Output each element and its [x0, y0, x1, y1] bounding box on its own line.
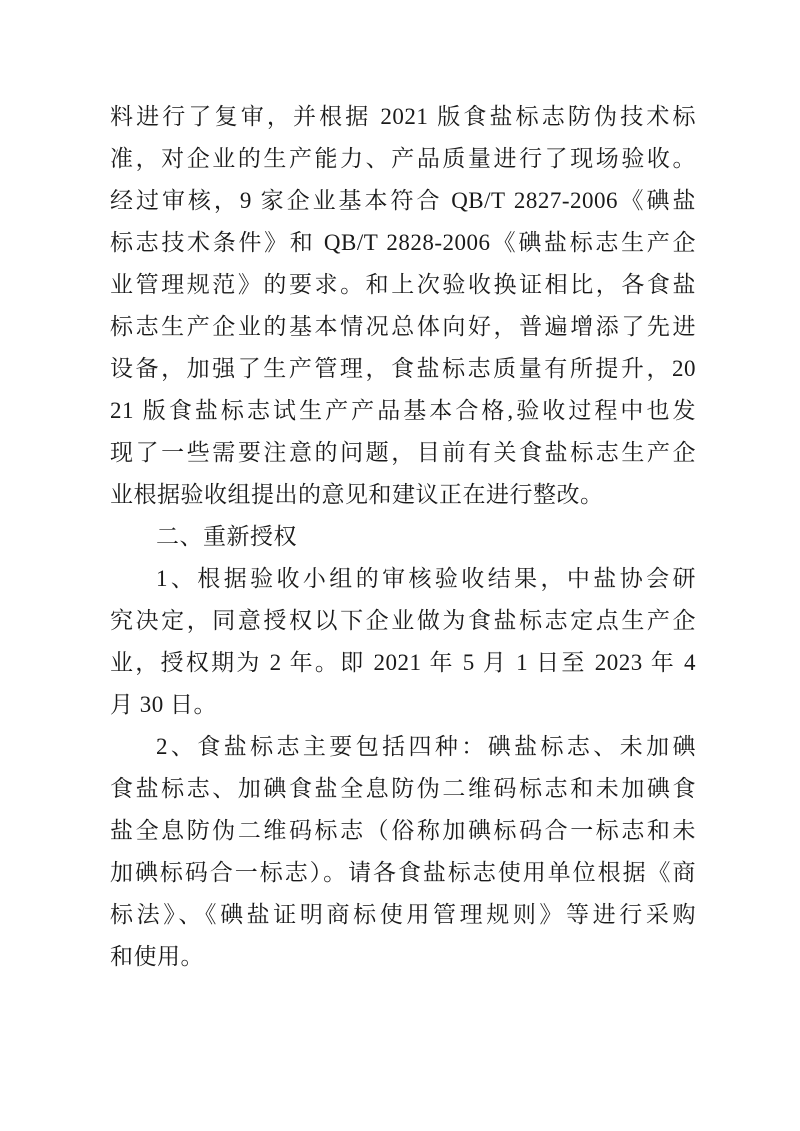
- text-line: 究决定，同意授权以下企业做为食盐标志定点生产企: [110, 600, 696, 642]
- section-heading: 二、重新授权: [110, 516, 696, 558]
- text-line: 经过审核，9 家企业基本符合 QB/T 2827-2006《碘盐: [110, 180, 696, 222]
- text-line: 料进行了复审，并根据 2021 版食盐标志防伪技术标: [110, 96, 696, 138]
- text-line: 标志生产企业的基本情况总体向好，普遍增添了先进: [110, 306, 696, 348]
- text-line: 标志技术条件》和 QB/T 2828-2006《碘盐标志生产企: [110, 222, 696, 264]
- text-line: 业管理规范》的要求。和上次验收换证相比，各食盐: [110, 264, 696, 306]
- document-body: 料进行了复审，并根据 2021 版食盐标志防伪技术标 准，对企业的生产能力、产品…: [110, 96, 696, 978]
- text-line: 盐全息防伪二维码标志（俗称加碘标码合一标志和未: [110, 810, 696, 852]
- document-page: 料进行了复审，并根据 2021 版食盐标志防伪技术标 准，对企业的生产能力、产品…: [0, 0, 800, 1131]
- text-line: 1、根据验收小组的审核验收结果，中盐协会研: [110, 558, 696, 600]
- text-line: 加碘标码合一标志）。请各食盐标志使用单位根据《商: [110, 852, 696, 894]
- text-line: 月 30 日。: [110, 684, 696, 726]
- text-line: 业，授权期为 2 年。即 2021 年 5 月 1 日至 2023 年 4: [110, 642, 696, 684]
- text-line: 21 版食盐标志试生产产品基本合格,验收过程中也发: [110, 390, 696, 432]
- text-line: 和使用。: [110, 936, 696, 978]
- text-line: 现了一些需要注意的问题，目前有关食盐标志生产企: [110, 432, 696, 474]
- text-line: 业根据验收组提出的意见和建议正在进行整改。: [110, 474, 696, 516]
- text-line: 食盐标志、加碘食盐全息防伪二维码标志和未加碘食: [110, 768, 696, 810]
- text-line: 准，对企业的生产能力、产品质量进行了现场验收。: [110, 138, 696, 180]
- text-line: 设备，加强了生产管理，食盐标志质量有所提升，20: [110, 348, 696, 390]
- text-line: 标法》、《碘盐证明商标使用管理规则》等进行采购: [110, 894, 696, 936]
- text-line: 2、食盐标志主要包括四种：碘盐标志、未加碘: [110, 726, 696, 768]
